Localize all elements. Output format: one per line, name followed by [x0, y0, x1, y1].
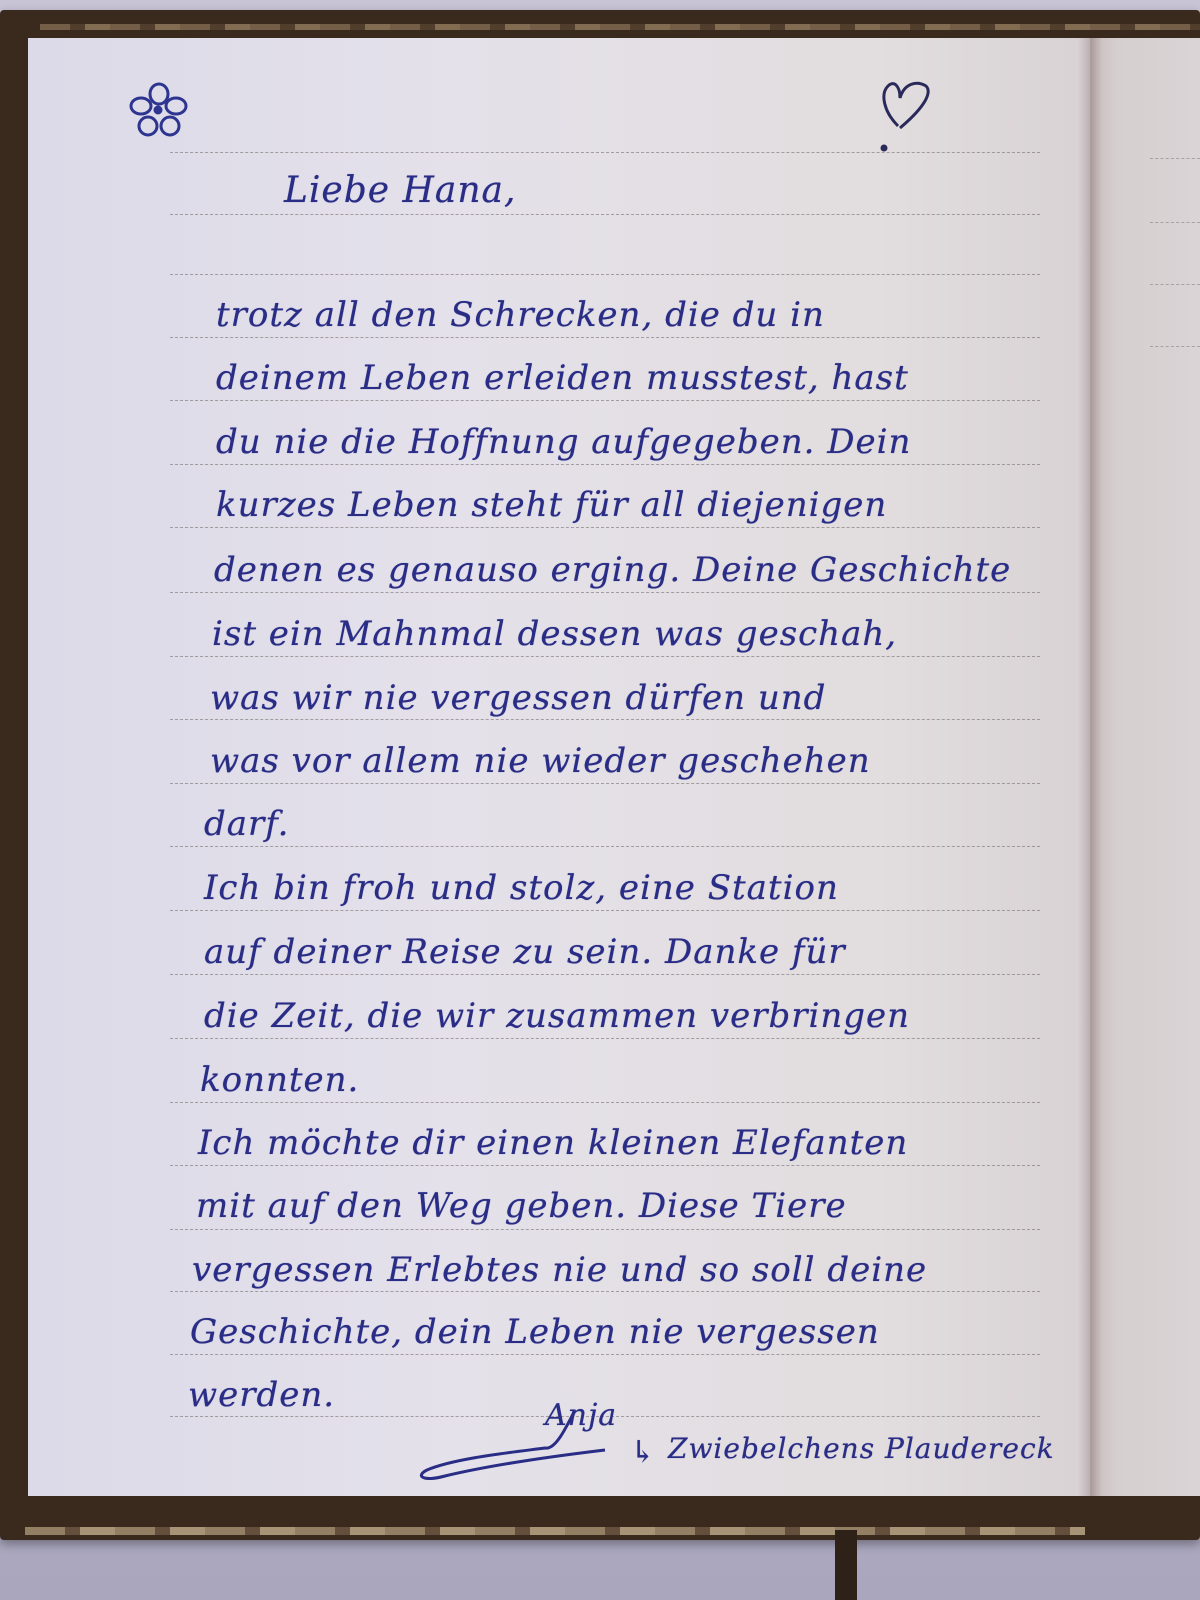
letter-line: Ich bin froh und stolz, eine Station	[204, 868, 839, 908]
ruled-line	[170, 656, 1040, 657]
ruled-line	[170, 1038, 1040, 1039]
ruled-line	[170, 974, 1040, 975]
letter-line: auf deiner Reise zu sein. Danke für	[204, 932, 846, 972]
ruled-line	[170, 337, 1040, 338]
ruled-line	[170, 1354, 1040, 1355]
ruled-line	[170, 846, 1040, 847]
ruled-line	[170, 1102, 1040, 1103]
letter-line: du nie die Hoffnung aufgegeben. Dein	[216, 422, 911, 462]
right-page	[1090, 38, 1200, 1496]
flower-icon	[128, 80, 190, 142]
letter-line: was vor allem nie wieder geschehen	[210, 741, 871, 781]
ruled-line	[170, 719, 1040, 720]
letter-line: Geschichte, dein Leben nie vergessen	[190, 1312, 880, 1352]
letter-line: denen es genauso erging. Deine Geschicht…	[214, 550, 1011, 590]
ruled-line	[170, 783, 1040, 784]
letter-line: mit auf den Weg geben. Diese Tiere	[196, 1186, 847, 1226]
bookmark-ribbon	[835, 1530, 857, 1600]
ruled-line	[170, 1229, 1040, 1230]
letter-salutation: Liebe Hana,	[284, 170, 516, 211]
ruled-line	[170, 1291, 1040, 1292]
cover-gilt-edge-top	[40, 24, 1200, 30]
right-ruled-line	[1150, 346, 1200, 347]
signature-name: Anja	[545, 1398, 617, 1433]
heart-icon	[876, 76, 936, 156]
letter-line: was wir nie vergessen dürfen und	[210, 678, 826, 718]
signature-note: Zwiebelchens Plaudereck	[668, 1432, 1055, 1465]
letter-line: vergessen Erlebtes nie und so soll deine	[192, 1250, 927, 1290]
letter-line: konnten.	[200, 1060, 359, 1100]
letter-line: darf.	[204, 804, 289, 844]
right-ruled-line	[1150, 158, 1200, 159]
signature-arrow-icon: ↳	[630, 1435, 656, 1470]
letter-line: Ich möchte dir einen kleinen Elefanten	[198, 1123, 908, 1163]
ruled-line	[170, 527, 1040, 528]
ruled-line	[170, 464, 1040, 465]
ruled-line	[170, 400, 1040, 401]
letter-line: kurzes Leben steht für all diejenigen	[216, 485, 887, 525]
letter-line: deinem Leben erleiden musstest, hast	[216, 358, 909, 398]
ruled-line	[170, 592, 1040, 593]
ruled-line	[170, 214, 1040, 215]
right-ruled-line	[1150, 222, 1200, 223]
letter-line: die Zeit, die wir zusammen verbringen	[204, 996, 910, 1036]
letter-line: werden.	[188, 1375, 335, 1415]
cover-gilt-edge-bottom	[25, 1527, 1085, 1535]
right-ruled-line	[1150, 284, 1200, 285]
letter-line: trotz all den Schrecken, die du in	[216, 295, 825, 335]
letter-line: ist ein Mahnmal dessen was geschah,	[212, 614, 897, 654]
ruled-line	[170, 910, 1040, 911]
ruled-line	[170, 1165, 1040, 1166]
ruled-line	[170, 274, 1040, 275]
page-gutter	[1078, 38, 1102, 1496]
